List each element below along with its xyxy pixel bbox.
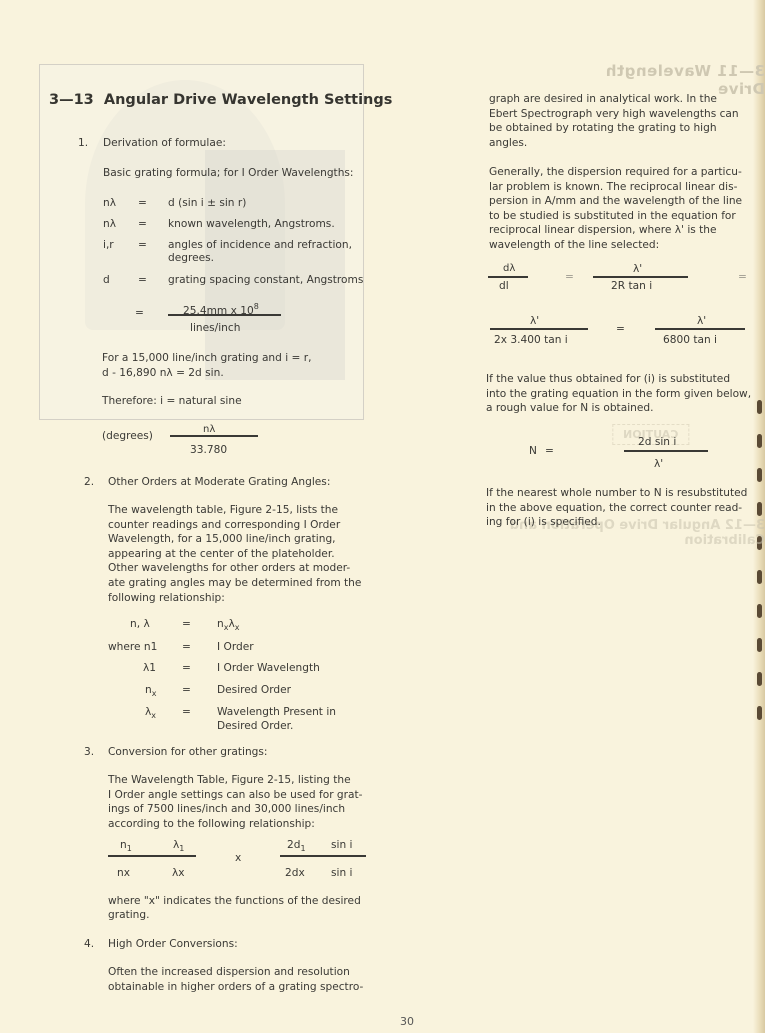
text-line: If the value thus obtained for (i) is su… <box>486 372 730 386</box>
item2-number: 2. <box>84 475 94 489</box>
text-line: reciprocal linear dispersion, where λ' i… <box>489 223 717 237</box>
formula-times: x <box>235 851 241 865</box>
text-line: If the nearest whole number to N is resu… <box>486 486 747 500</box>
faded-photo-panel <box>205 150 345 380</box>
text-line: I Order angle settings can also be used … <box>108 788 362 802</box>
text-line: graph are desired in analytical work. In… <box>489 92 717 106</box>
text-line: Ebert Spectrograph very high wavelengths… <box>489 107 739 121</box>
formula-2dx: 2dx <box>285 866 305 880</box>
text-line: a rough value for N is obtained. <box>486 401 653 415</box>
section-title: 3—13 Angular Drive Wavelength Settings <box>49 92 392 108</box>
where-symbol: λx <box>145 705 156 723</box>
text-line: The wavelength table, Figure 2-15, lists… <box>108 503 338 517</box>
eq2-den1: 2x 3.400 tan i <box>494 333 568 347</box>
where-symbol: where n1 <box>108 640 157 654</box>
text-line: to be studied is substituted in the equa… <box>489 209 736 223</box>
text-line: following relationship: <box>108 591 225 605</box>
formula-sin-top: sin i <box>331 838 353 852</box>
item1-intro: Basic grating formula; for I Order Wavel… <box>103 166 354 180</box>
def-symbol: i,r <box>103 238 114 252</box>
where-def: I Order Wavelength <box>217 661 320 675</box>
fraction-bar <box>280 855 366 857</box>
where-symbol: λ1 <box>143 661 156 675</box>
def-text: known wavelength, Angstroms. <box>168 217 335 231</box>
therefore-line: Therefore: i = natural sine <box>102 394 242 408</box>
where-equals: = <box>182 683 191 697</box>
eq2-equals: = <box>616 322 625 336</box>
item4-heading: High Order Conversions: <box>108 937 238 951</box>
degrees-denominator: 33.780 <box>190 443 227 457</box>
binding-holes <box>757 400 763 740</box>
text-line: in the above equation, the correct count… <box>486 501 742 515</box>
def-symbol: d <box>103 273 110 287</box>
eq3-equals: = <box>545 444 554 458</box>
fraction-bar <box>108 855 196 857</box>
text-line: ing for (i) is specified. <box>486 515 601 529</box>
item4-paragraph: Often the increased dispersion and resol… <box>108 965 350 979</box>
def-equals: = <box>138 217 147 231</box>
item3-note: where "x" indicates the functions of the… <box>108 894 361 908</box>
def-equals: = <box>138 196 147 210</box>
item2-heading: Other Orders at Moderate Grating Angles: <box>108 475 330 489</box>
fraction-bar <box>593 276 688 278</box>
def-text: d (sin i ± sin r) <box>168 196 246 210</box>
text-line: ate grating angles may be determined fro… <box>108 576 361 590</box>
eq1-den2: 2R tan i <box>611 279 652 293</box>
item3-number: 3. <box>84 745 94 759</box>
item1-heading: Derivation of formulae: <box>103 136 226 150</box>
fraction-bar <box>488 276 528 278</box>
eq1-equals2: = <box>738 270 747 284</box>
eq2-num2: λ' <box>697 314 706 328</box>
text-line: Wavelength, for a 15,000 line/inch grati… <box>108 532 336 546</box>
d-formula-denominator: lines/inch <box>190 321 240 335</box>
def-equals: = <box>138 273 147 287</box>
formula-lambda1: λ1 <box>173 838 184 856</box>
formula-lambdax: λx <box>172 866 185 880</box>
text-line: angles. <box>489 136 527 150</box>
degrees-label: (degrees) <box>102 429 153 443</box>
eq3-denominator: λ' <box>654 457 663 471</box>
def-text: grating spacing constant, Angstroms <box>168 273 363 287</box>
eq2-num1: λ' <box>530 314 539 328</box>
item3-heading: Conversion for other gratings: <box>108 745 267 759</box>
text-line: according to the following relationship: <box>108 817 315 831</box>
where-symbol: nx <box>145 683 156 701</box>
page-number: 30 <box>400 1015 414 1028</box>
where-def: Wavelength Present in <box>217 705 336 719</box>
text-line: counter readings and corresponding I Ord… <box>108 518 340 532</box>
text-line: lar problem is known. The reciprocal lin… <box>489 180 737 194</box>
text-line: Other wavelengths for other orders at mo… <box>108 561 350 575</box>
where-def: Desired Order. <box>217 719 293 733</box>
where-equals: = <box>182 661 191 675</box>
eq1-equals: = <box>565 270 574 284</box>
formula-nx: nx <box>117 866 130 880</box>
item1-number: 1. <box>78 136 88 150</box>
fraction-bar <box>655 328 745 330</box>
example-line: d - 16,890 nλ = 2d sin. <box>102 366 224 380</box>
formula-n1: n1 <box>120 838 132 856</box>
def-text: degrees. <box>168 251 214 265</box>
formula-sin-bottom: sin i <box>331 866 353 880</box>
text-line: The Wavelength Table, Figure 2-15, listi… <box>108 773 351 787</box>
eq2-den2: 6800 tan i <box>663 333 717 347</box>
text-line: into the grating equation in the form gi… <box>486 387 751 401</box>
eq3-numerator: 2d sin i <box>638 435 676 449</box>
where-def: I Order <box>217 640 254 654</box>
item4-paragraph: obtainable in higher orders of a grating… <box>108 980 363 994</box>
item3-note: grating. <box>108 908 149 922</box>
text-line: wavelength of the line selected: <box>489 238 659 252</box>
section-heading: Angular Drive Wavelength Settings <box>104 92 393 108</box>
def-equals: = <box>138 238 147 252</box>
d-formula-equals: = <box>135 306 144 320</box>
text-line: be obtained by rotating the grating to h… <box>489 121 717 135</box>
text-line: appearing at the center of the platehold… <box>108 547 335 561</box>
relation-rhs: nxλx <box>217 617 239 635</box>
fraction-bar <box>490 328 588 330</box>
text-line: ings of 7500 lines/inch and 30,000 lines… <box>108 802 345 816</box>
fraction-bar <box>168 314 281 316</box>
def-symbol: nλ <box>103 217 116 231</box>
relation-lhs: n, λ <box>130 617 150 631</box>
eq1-den1: dl <box>499 279 509 293</box>
relation-equals: = <box>182 617 191 631</box>
where-equals: = <box>182 705 191 719</box>
section-number: 3—13 <box>49 92 94 108</box>
item4-number: 4. <box>84 937 94 951</box>
text-line: Generally, the dispersion required for a… <box>489 165 742 179</box>
formula-2d1: 2d1 <box>287 838 306 856</box>
eq1-num2: λ' <box>633 262 642 276</box>
where-equals: = <box>182 640 191 654</box>
fraction-bar <box>624 450 708 452</box>
def-symbol: nλ <box>103 196 116 210</box>
text-line: persion in A/mm and the wavelength of th… <box>489 194 742 208</box>
example-line: For a 15,000 line/inch grating and i = r… <box>102 351 312 365</box>
fraction-bar <box>170 435 258 437</box>
eq1-num1: dλ <box>503 262 515 276</box>
where-def: Desired Order <box>217 683 291 697</box>
eq3-lhs: N <box>529 444 537 458</box>
